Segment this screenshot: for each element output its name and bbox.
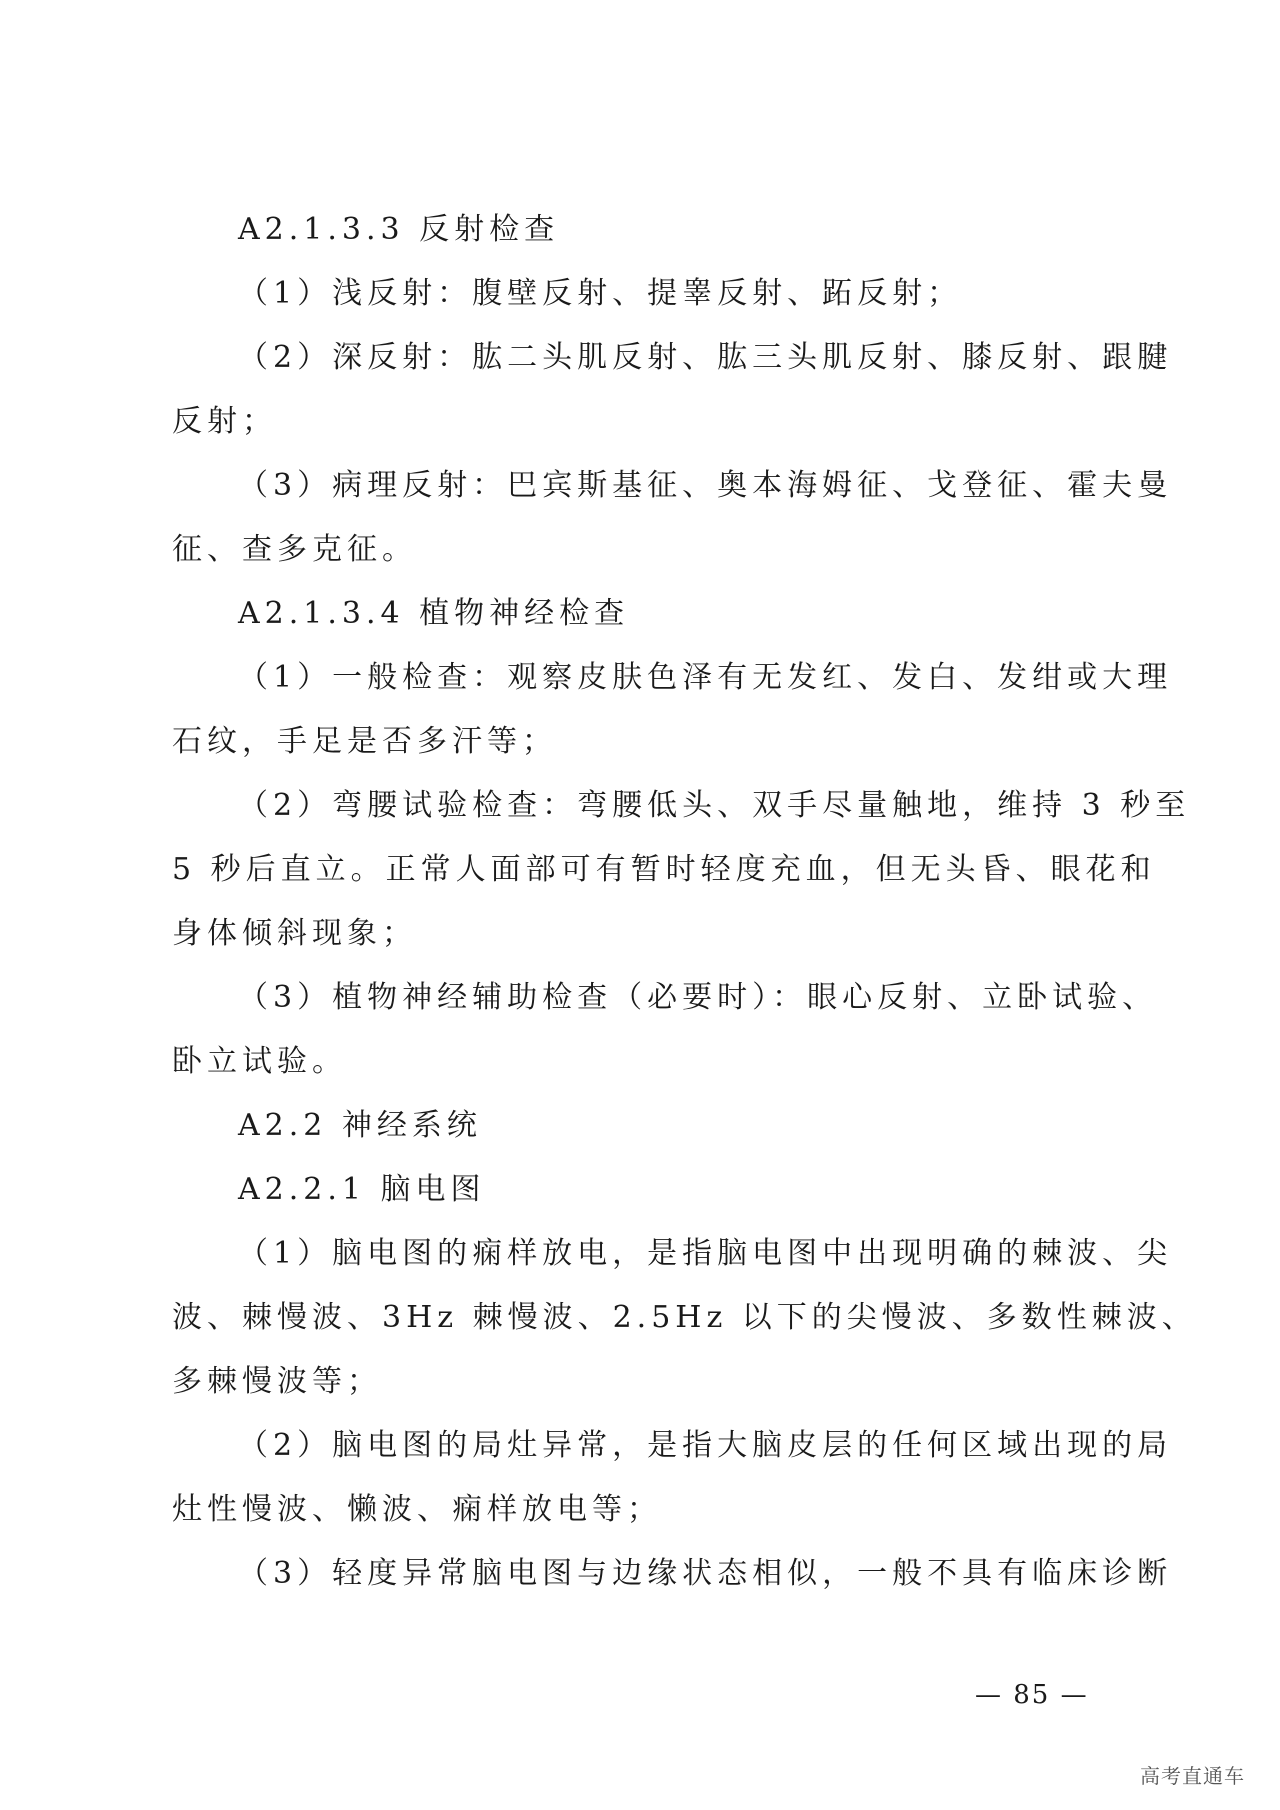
paragraph-line: 征、查多克征。 [172, 530, 417, 570]
paragraph-line: 反射； [172, 402, 277, 442]
heading-a2-2: A2.2 神经系统 [238, 1106, 482, 1146]
paragraph-line: 卧立试验。 [172, 1042, 347, 1082]
heading-a2-2-1: A2.2.1 脑电图 [238, 1170, 486, 1210]
paragraph-line: （2）弯腰试验检查：弯腰低头、双手尽量触地，维持 3 秒至 [238, 786, 1190, 826]
watermark: 高考直通车 [1140, 1760, 1245, 1789]
paragraph-line: 石纹，手足是否多汗等； [172, 722, 557, 762]
document-page: A2.1.3.3 反射检查 （1）浅反射：腹壁反射、提睾反射、跖反射； （2）深… [0, 0, 1280, 1810]
paragraph-line: 灶性慢波、懒波、痫样放电等； [172, 1490, 662, 1530]
paragraph-line: （3）病理反射：巴宾斯基征、奥本海姆征、戈登征、霍夫曼 [238, 466, 1172, 506]
page-number: — 85 — [975, 1680, 1089, 1710]
paragraph-line: （1）一般检查：观察皮肤色泽有无发红、发白、发绀或大理 [238, 658, 1172, 698]
paragraph-line: （3）轻度异常脑电图与边缘状态相似，一般不具有临床诊断 [238, 1554, 1172, 1594]
heading-a2-1-3-3: A2.1.3.3 反射检查 [238, 210, 559, 250]
heading-a2-1-3-4: A2.1.3.4 植物神经检查 [238, 594, 629, 634]
paragraph-line: （2）深反射：肱二头肌反射、肱三头肌反射、膝反射、跟腱 [238, 338, 1172, 378]
paragraph-line: 波、棘慢波、3Hz 棘慢波、2.5Hz 以下的尖慢波、多数性棘波、 [172, 1298, 1197, 1338]
paragraph-line: （1）浅反射：腹壁反射、提睾反射、跖反射； [238, 274, 962, 314]
paragraph-line: 身体倾斜现象； [172, 914, 417, 954]
paragraph-line: 多棘慢波等； [172, 1362, 382, 1402]
paragraph-line: 5 秒后直立。正常人面部可有暂时轻度充血，但无头昏、眼花和 [172, 850, 1156, 890]
paragraph-line: （3）植物神经辅助检查（必要时）：眼心反射、立卧试验、 [238, 978, 1157, 1018]
paragraph-line: （1）脑电图的痫样放电，是指脑电图中出现明确的棘波、尖 [238, 1234, 1172, 1274]
paragraph-line: （2）脑电图的局灶异常，是指大脑皮层的任何区域出现的局 [238, 1426, 1172, 1466]
